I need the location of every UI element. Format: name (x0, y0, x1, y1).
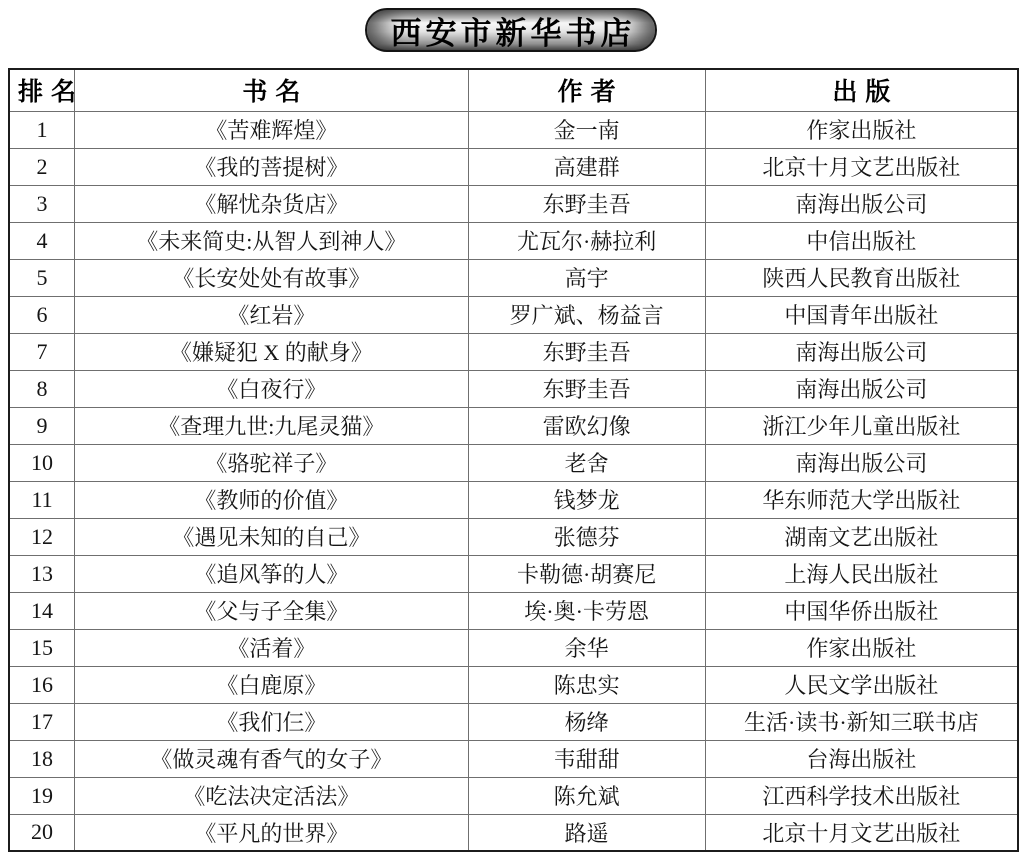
author-cell: 路遥 (468, 814, 705, 851)
author-cell: 钱梦龙 (468, 481, 705, 518)
author-cell: 高宇 (468, 259, 705, 296)
rank-cell: 8 (9, 370, 75, 407)
title-cell: 《我们仨》 (75, 703, 469, 740)
rank-cell: 13 (9, 555, 75, 592)
table-row: 17 《我们仨》 杨绛 生活·读书·新知三联书店 (9, 703, 1018, 740)
publisher-cell: 南海出版公司 (705, 444, 1018, 481)
publisher-cell: 人民文学出版社 (705, 666, 1018, 703)
column-header-author: 作者 (468, 69, 705, 111)
author-cell: 卡勒德·胡赛尼 (468, 555, 705, 592)
title-cell: 《吃法决定活法》 (75, 777, 469, 814)
author-cell: 杨绛 (468, 703, 705, 740)
publisher-cell: 台海出版社 (705, 740, 1018, 777)
title-cell: 《平凡的世界》 (75, 814, 469, 851)
title-cell: 《父与子全集》 (75, 592, 469, 629)
author-cell: 陈忠实 (468, 666, 705, 703)
rank-cell: 17 (9, 703, 75, 740)
book-ranking-table: 排名 书名 作者 出版 1 《苦难辉煌》 金一南 作家出版社 2 《我的菩提树》… (8, 68, 1019, 852)
publisher-cell: 南海出版公司 (705, 185, 1018, 222)
title-cell: 《我的菩提树》 (75, 148, 469, 185)
title-cell: 《教师的价值》 (75, 481, 469, 518)
title-cell: 《做灵魂有香气的女子》 (75, 740, 469, 777)
publisher-cell: 作家出版社 (705, 629, 1018, 666)
table-row: 11 《教师的价值》 钱梦龙 华东师范大学出版社 (9, 481, 1018, 518)
publisher-cell: 上海人民出版社 (705, 555, 1018, 592)
author-cell: 张德芬 (468, 518, 705, 555)
publisher-cell: 陕西人民教育出版社 (705, 259, 1018, 296)
table-row: 14 《父与子全集》 埃·奥·卡劳恩 中国华侨出版社 (9, 592, 1018, 629)
title-cell: 《遇见未知的自己》 (75, 518, 469, 555)
rank-cell: 14 (9, 592, 75, 629)
author-cell: 东野圭吾 (468, 333, 705, 370)
title-cell: 《白夜行》 (75, 370, 469, 407)
publisher-cell: 浙江少年儿童出版社 (705, 407, 1018, 444)
table-row: 1 《苦难辉煌》 金一南 作家出版社 (9, 111, 1018, 148)
store-title-badge: 西安市新华书店 (365, 8, 657, 52)
publisher-cell: 北京十月文艺出版社 (705, 148, 1018, 185)
table-row: 8 《白夜行》 东野圭吾 南海出版公司 (9, 370, 1018, 407)
author-cell: 老舍 (468, 444, 705, 481)
title-cell: 《解忧杂货店》 (75, 185, 469, 222)
publisher-cell: 南海出版公司 (705, 370, 1018, 407)
table-row: 7 《嫌疑犯 X 的献身》 东野圭吾 南海出版公司 (9, 333, 1018, 370)
author-cell: 韦甜甜 (468, 740, 705, 777)
table-row: 12 《遇见未知的自己》 张德芬 湖南文艺出版社 (9, 518, 1018, 555)
rank-cell: 6 (9, 296, 75, 333)
author-cell: 罗广斌、杨益言 (468, 296, 705, 333)
publisher-cell: 江西科学技术出版社 (705, 777, 1018, 814)
rank-cell: 4 (9, 222, 75, 259)
table-row: 13 《追风筝的人》 卡勒德·胡赛尼 上海人民出版社 (9, 555, 1018, 592)
table-row: 19 《吃法决定活法》 陈允斌 江西科学技术出版社 (9, 777, 1018, 814)
publisher-cell: 湖南文艺出版社 (705, 518, 1018, 555)
publisher-cell: 华东师范大学出版社 (705, 481, 1018, 518)
table-row: 10 《骆驼祥子》 老舍 南海出版公司 (9, 444, 1018, 481)
column-header-rank: 排名 (9, 69, 75, 111)
table-row: 16 《白鹿原》 陈忠实 人民文学出版社 (9, 666, 1018, 703)
publisher-cell: 北京十月文艺出版社 (705, 814, 1018, 851)
rank-cell: 5 (9, 259, 75, 296)
table-row: 20 《平凡的世界》 路遥 北京十月文艺出版社 (9, 814, 1018, 851)
rank-cell: 20 (9, 814, 75, 851)
author-cell: 埃·奥·卡劳恩 (468, 592, 705, 629)
title-cell: 《红岩》 (75, 296, 469, 333)
author-cell: 陈允斌 (468, 777, 705, 814)
author-cell: 余华 (468, 629, 705, 666)
author-cell: 雷欧幻像 (468, 407, 705, 444)
publisher-cell: 中国华侨出版社 (705, 592, 1018, 629)
title-cell: 《长安处处有故事》 (75, 259, 469, 296)
table-row: 4 《未来简史:从智人到神人》 尤瓦尔·赫拉利 中信出版社 (9, 222, 1018, 259)
rank-cell: 7 (9, 333, 75, 370)
rank-cell: 11 (9, 481, 75, 518)
table-row: 5 《长安处处有故事》 高宇 陕西人民教育出版社 (9, 259, 1018, 296)
column-header-title: 书名 (75, 69, 469, 111)
title-cell: 《白鹿原》 (75, 666, 469, 703)
store-title-text: 西安市新华书店 (387, 8, 636, 53)
title-cell: 《未来简史:从智人到神人》 (75, 222, 469, 259)
rank-cell: 1 (9, 111, 75, 148)
column-header-publisher: 出版 (705, 69, 1018, 111)
author-cell: 尤瓦尔·赫拉利 (468, 222, 705, 259)
title-cell: 《苦难辉煌》 (75, 111, 469, 148)
author-cell: 金一南 (468, 111, 705, 148)
title-cell: 《查理九世:九尾灵猫》 (75, 407, 469, 444)
publisher-cell: 南海出版公司 (705, 333, 1018, 370)
table-row: 2 《我的菩提树》 高建群 北京十月文艺出版社 (9, 148, 1018, 185)
publisher-cell: 生活·读书·新知三联书店 (705, 703, 1018, 740)
author-cell: 东野圭吾 (468, 370, 705, 407)
publisher-cell: 作家出版社 (705, 111, 1018, 148)
rank-cell: 3 (9, 185, 75, 222)
rank-cell: 2 (9, 148, 75, 185)
author-cell: 东野圭吾 (468, 185, 705, 222)
title-cell: 《嫌疑犯 X 的献身》 (75, 333, 469, 370)
header-row: 排名 书名 作者 出版 (9, 69, 1018, 111)
rank-cell: 18 (9, 740, 75, 777)
table-row: 9 《查理九世:九尾灵猫》 雷欧幻像 浙江少年儿童出版社 (9, 407, 1018, 444)
table-row: 18 《做灵魂有香气的女子》 韦甜甜 台海出版社 (9, 740, 1018, 777)
table-row: 6 《红岩》 罗广斌、杨益言 中国青年出版社 (9, 296, 1018, 333)
table-row: 15 《活着》 余华 作家出版社 (9, 629, 1018, 666)
rank-cell: 10 (9, 444, 75, 481)
author-cell: 高建群 (468, 148, 705, 185)
rank-cell: 9 (9, 407, 75, 444)
rank-cell: 15 (9, 629, 75, 666)
publisher-cell: 中国青年出版社 (705, 296, 1018, 333)
title-cell: 《骆驼祥子》 (75, 444, 469, 481)
title-cell: 《活着》 (75, 629, 469, 666)
rank-cell: 16 (9, 666, 75, 703)
table-row: 3 《解忧杂货店》 东野圭吾 南海出版公司 (9, 185, 1018, 222)
publisher-cell: 中信出版社 (705, 222, 1018, 259)
rank-cell: 12 (9, 518, 75, 555)
rank-cell: 19 (9, 777, 75, 814)
title-cell: 《追风筝的人》 (75, 555, 469, 592)
